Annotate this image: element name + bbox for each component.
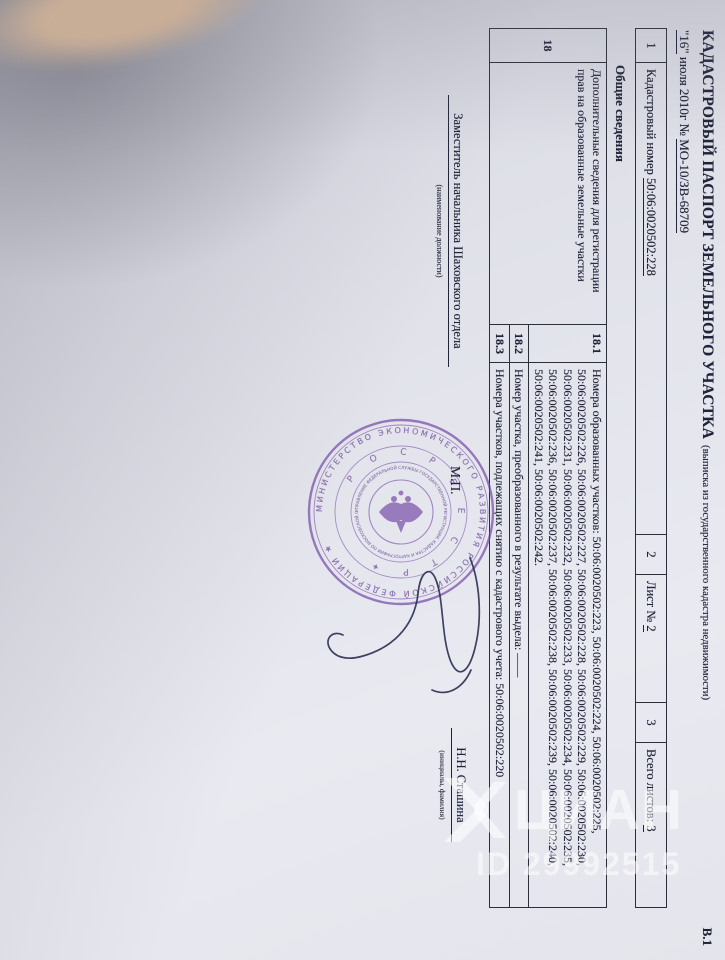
signer-position-caption: (наименование должности) [435,95,444,367]
sheet-label: Лист № [645,581,659,622]
sheet-number-cell: Лист № 2 [636,575,667,703]
sheet-value: 2 [644,625,659,631]
header-table: 1 Кадастровый номер 50:06:0020502:228 2 … [635,28,667,908]
photo-of-document: { "document": { "form_code": "В.1", "tit… [0,0,725,960]
page-subtitle: (выписка из государственного кадастра не… [700,445,712,700]
cadastral-number-label: Кадастровый номер [645,69,659,175]
row-18-1-number: 18.1 [529,325,607,363]
total-sheets-value: 3 [644,825,659,831]
document-number: МО-10/ЗВ-68709 [676,139,692,233]
date-line: "16" июля 2010г № МО-10/ЗВ-68709 [676,30,692,960]
form-code: В.1 [699,928,715,946]
page-title: КАДАСТРОВЫЙ ПАСПОРТ ЗЕМЕЛЬНОГО УЧАСТКА [698,30,716,439]
header-row: 1 Кадастровый номер 50:06:0020502:228 2 … [636,29,667,908]
cadastral-passport-page: КАДАСТРОВЫЙ ПАСПОРТ ЗЕМЕЛЬНОГО УЧАСТКА (… [0,0,725,960]
row-18-2-number: 18.2 [510,325,530,363]
row-18-1-value: Номера образованных участков: 50:06:0020… [529,363,607,908]
date-day: "16" [676,30,692,54]
total-sheets-cell: Всего листов: 3 [636,743,667,908]
total-sheets-label: Всего листов: [645,749,659,822]
date-middle: июля 2010г № [677,57,692,136]
handwritten-signature [307,520,492,750]
row-18-number: 18 [490,29,607,63]
header-col3-number: 3 [636,703,667,743]
section-title: Общие сведения [612,65,628,960]
stamp-place-mark: М.П. [447,466,463,495]
cadastral-number-value: 50:06:0020502:228 [644,178,659,276]
header-col1-number: 1 [636,29,667,63]
row-18-2-value: Номер участка, преобразованного в резуль… [510,363,530,908]
details-table: 18 Дополнительные сведения для регистрац… [490,28,608,908]
signer-position: Заместитель начальника Шаховского отдела [448,95,465,367]
row-18-3-number: 18.3 [490,325,510,363]
document-header: КАДАСТРОВЫЙ ПАСПОРТ ЗЕМЕЛЬНОГО УЧАСТКА (… [698,30,716,946]
table-row: 18 Дополнительные сведения для регистрац… [529,29,607,908]
cadastral-number-cell: Кадастровый номер 50:06:0020502:228 [636,63,667,535]
header-col2-number: 2 [636,535,667,575]
row-18-title: Дополнительные сведения для регистрации … [490,63,607,325]
